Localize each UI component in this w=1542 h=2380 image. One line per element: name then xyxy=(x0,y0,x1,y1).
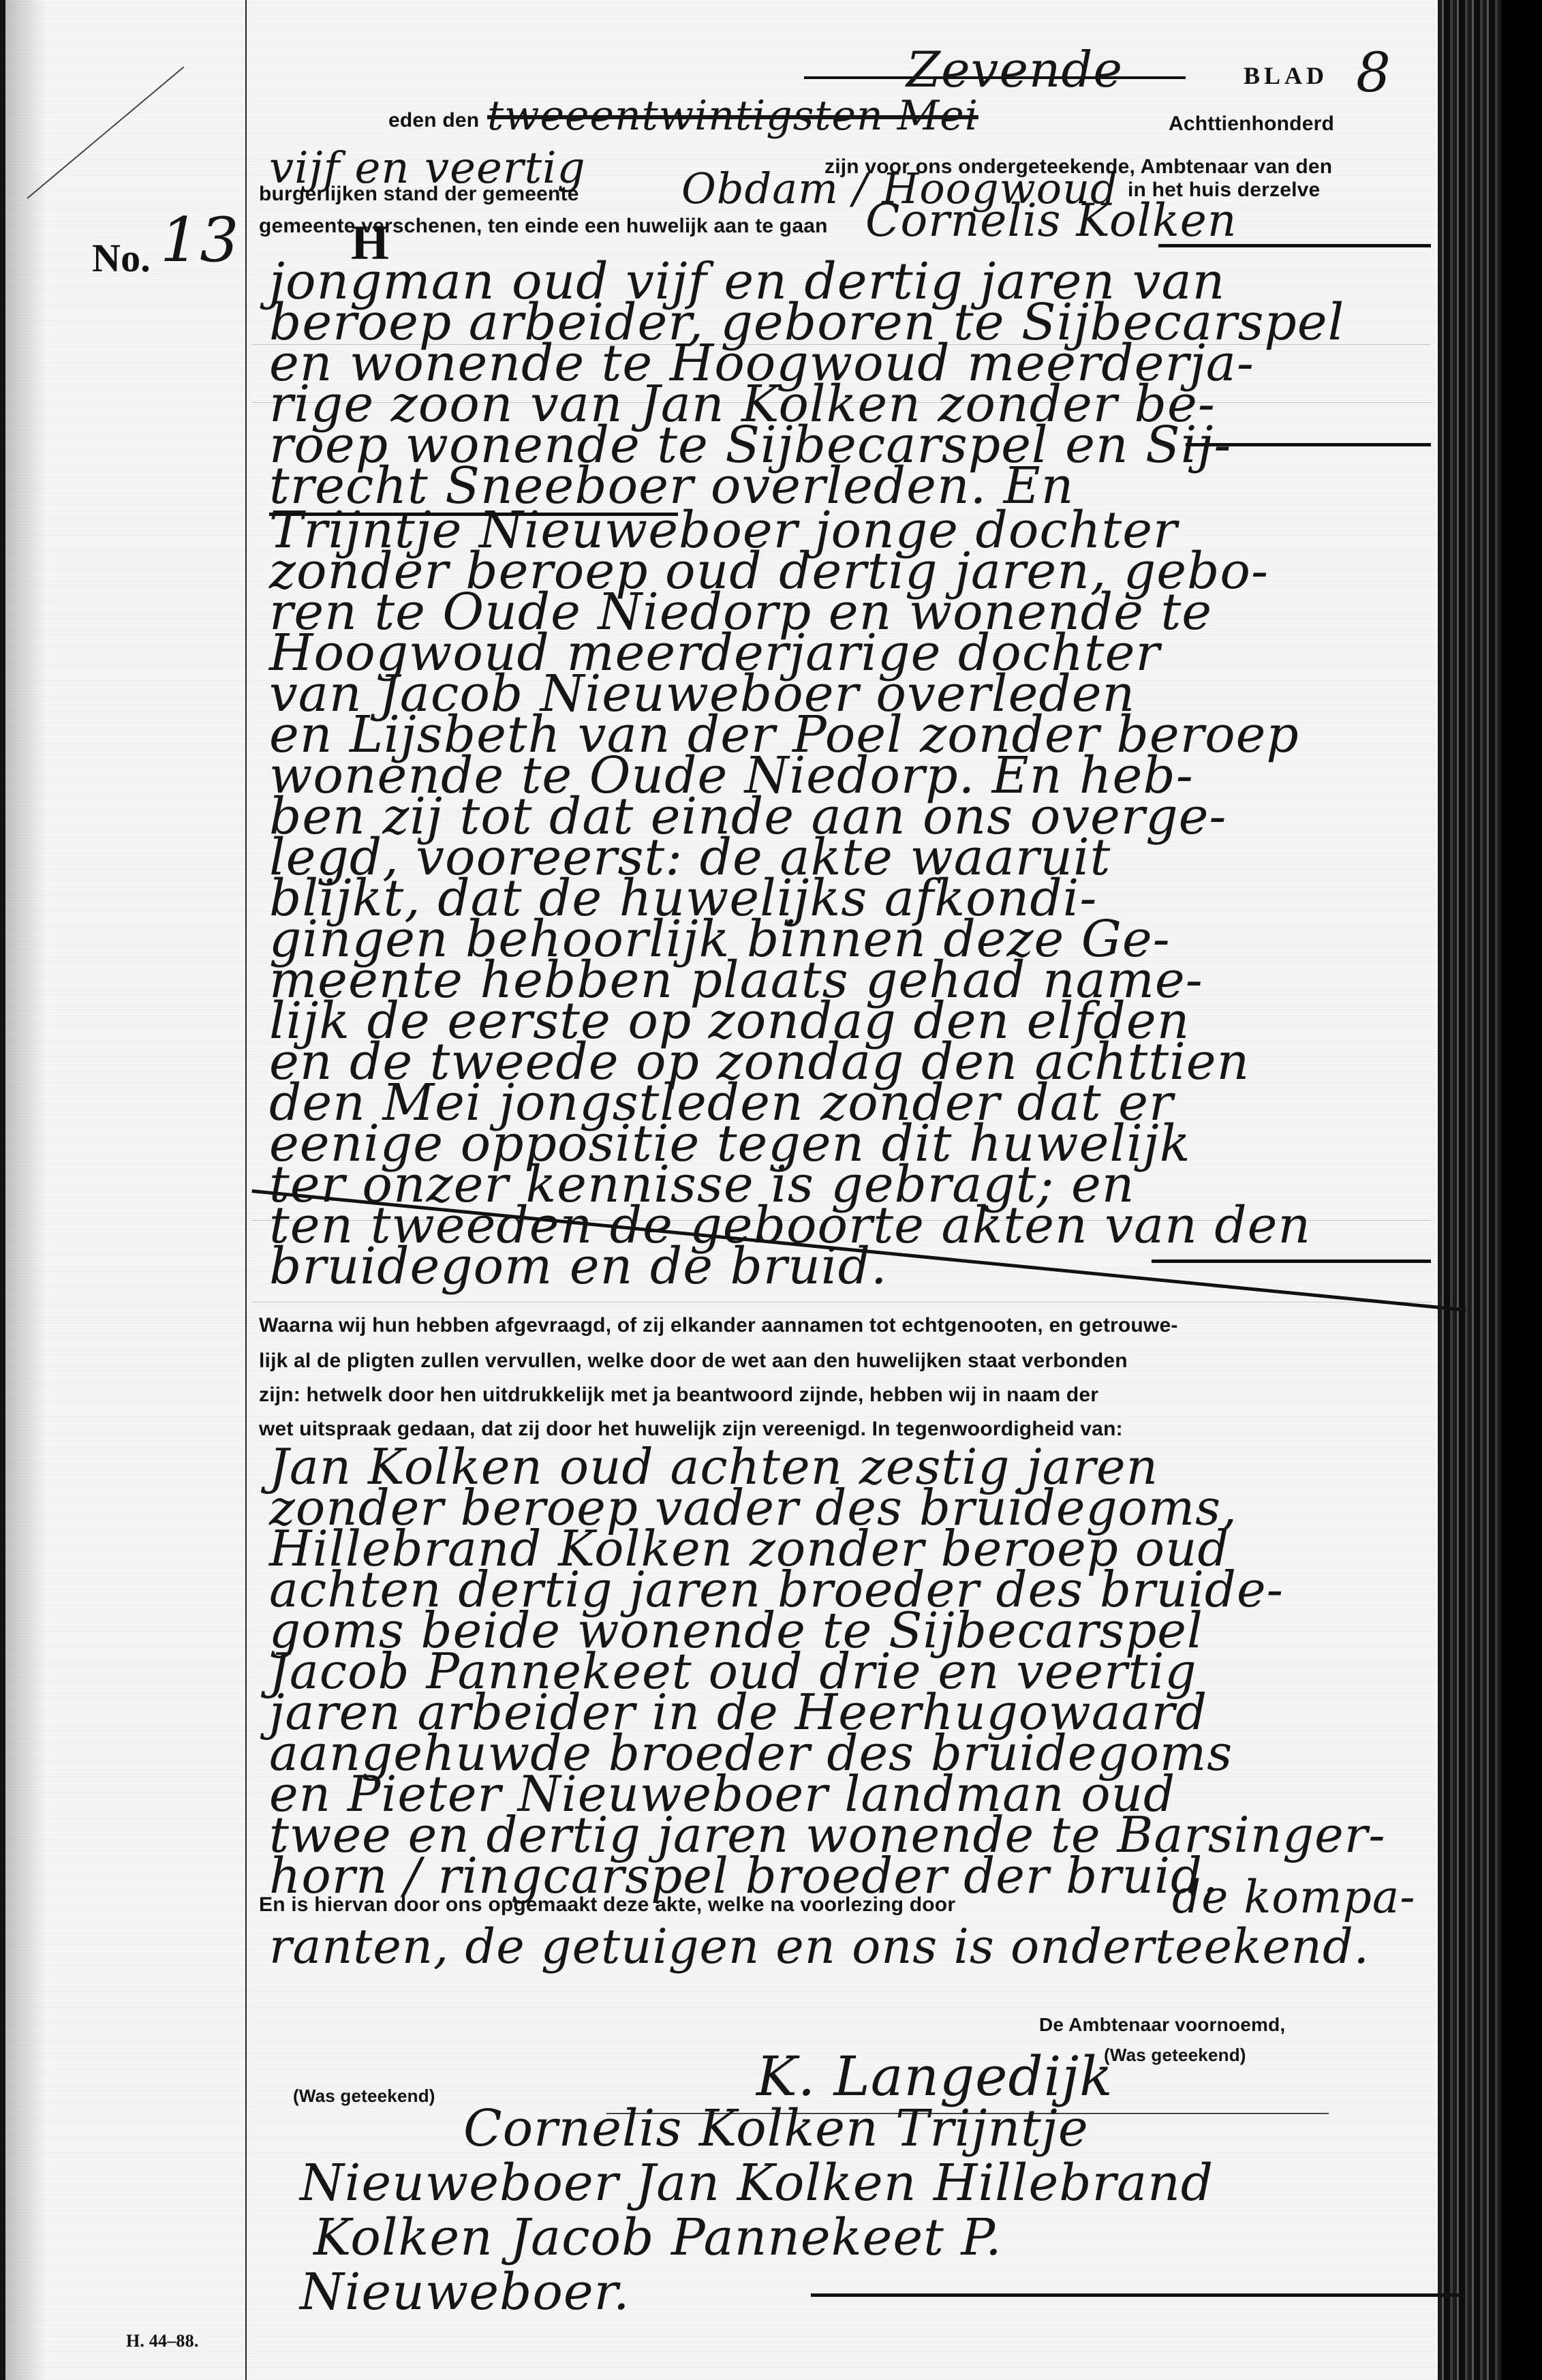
party-signature-line: Nieuweboer. xyxy=(300,2263,630,2321)
ruled-line xyxy=(252,1302,1431,1302)
handwritten-date: tweeentwintigsten Mei xyxy=(487,92,978,140)
groom-underline xyxy=(1158,244,1431,247)
declaration-line: zijn: hetwelk door hen uitdrukkelijk met… xyxy=(259,1384,1098,1407)
left-page-shadow xyxy=(5,0,46,2380)
record-number: 13 xyxy=(160,204,240,276)
printed-burgerlijken-stand: burgerlijken stand der gemeente xyxy=(259,183,579,206)
printed-achttienhonderd: Achttienhonderd xyxy=(1169,112,1334,136)
party-signature-line: Kolken Jacob Pannekeet P. xyxy=(313,2208,1002,2267)
printed-heden-den: eden den xyxy=(388,109,479,132)
book-binding xyxy=(1438,0,1542,2380)
party-signature-line: Cornelis Kolken Trijntje xyxy=(463,2099,1089,2158)
bride-underline xyxy=(269,513,678,516)
official-label: De Ambtenaar voornoemd, xyxy=(1039,2014,1285,2036)
blad-label: BLAD xyxy=(1244,61,1328,90)
declaration-line: lijk al de pligten zullen vervullen, wel… xyxy=(259,1349,1128,1373)
party-signature-line: Nieuweboer Jan Kolken Hillebrand xyxy=(300,2154,1214,2212)
record-number-label: No. xyxy=(92,235,151,281)
parties-was-geteekend: (Was geteekend) xyxy=(293,2086,435,2107)
line-filler xyxy=(1152,1260,1431,1263)
official-was-geteekend: (Was geteekend) xyxy=(1104,2045,1246,2066)
blad-number: 8 xyxy=(1356,41,1391,104)
handwritten-groom-name: Cornelis Kolken xyxy=(865,194,1237,247)
margin-rule xyxy=(245,0,247,2380)
declaration-line: Waarna wij hun hebben afgevraagd, of zij… xyxy=(259,1314,1178,1337)
closing-handwritten-1: de kompa- xyxy=(1172,1871,1416,1923)
blad-handwritten: Zevende xyxy=(906,41,1123,98)
closing-handwritten-2: ranten, de getuigen en ons is onderteeke… xyxy=(269,1919,1370,1974)
printed-gemeente-verschenen: gemeente verschenen, ten einde een huwel… xyxy=(259,215,828,238)
closing-printed: En is hiervan door ons opgemaakt deze ak… xyxy=(259,1893,955,1917)
left-page-edge xyxy=(0,0,5,2380)
declaration-line: wet uitspraak gedaan, dat zij door het h… xyxy=(259,1418,1123,1441)
line-filler xyxy=(1186,443,1431,446)
line-filler xyxy=(811,2293,1465,2297)
form-code: H. 44–88. xyxy=(126,2331,199,2351)
